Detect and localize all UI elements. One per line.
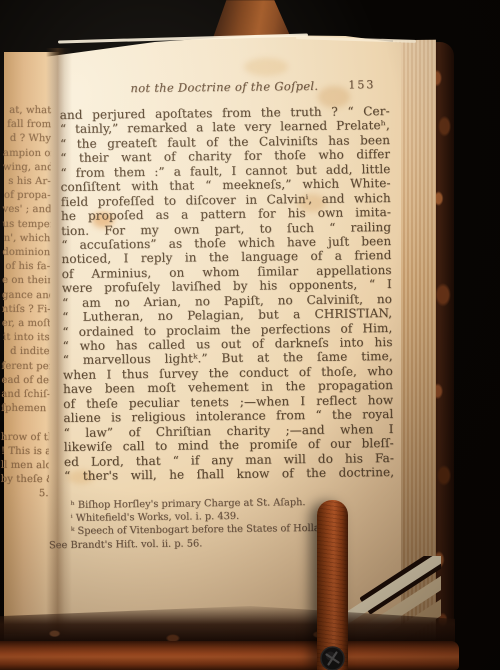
fragment-line: er, a moſt	[2, 317, 50, 332]
fragment-line: gance and	[2, 288, 50, 303]
fragment-line: ! This is a	[1, 445, 49, 460]
fragment-line: of propa-	[3, 189, 51, 204]
book-photo-scene: at, what fall from d ? Why ampion of win…	[0, 0, 500, 670]
fragment-line	[1, 416, 49, 431]
easel-clamp-arm	[317, 500, 348, 670]
fragment-line: d ? Why	[3, 132, 51, 147]
body-text: and perjured apoſtates from the truth ? …	[60, 104, 395, 483]
fragment-line: ferent per-	[2, 359, 50, 374]
fragment-line: n', which	[2, 232, 50, 247]
fragment-line: e on their	[2, 274, 50, 289]
footnotes: ʰ Biſhop Horſley's primary Charge at St.…	[70, 495, 397, 552]
fragment-line: at, what	[3, 104, 51, 119]
easel-ledge	[0, 641, 459, 670]
fragment-line: us temper,	[2, 217, 50, 232]
fragment-line: of his fa-	[2, 260, 50, 275]
fragment-line: ntiſs ? Fi-	[2, 303, 50, 318]
screw-icon	[320, 646, 345, 670]
fragment-line: ves' ; and	[3, 203, 51, 218]
fragment-line: ead of de-	[1, 374, 49, 389]
fragment-line: s his Ar-	[3, 175, 51, 190]
running-title: not the Doctrine of the Goſpel.	[109, 79, 339, 96]
fragment-line: ſphemen ;	[1, 402, 49, 417]
fragment-line: by theſe &c.	[1, 473, 49, 488]
fragment-line: wing, and	[3, 161, 51, 176]
fragment-line: it into its	[2, 331, 50, 346]
recto-page-content: not the Doctrine of the Goſpel. 153 and …	[54, 0, 401, 602]
fragment-line: d indite	[2, 345, 50, 360]
text-line: “ ther's will, he ſhall know of the doct…	[64, 465, 394, 483]
page-number: 153	[348, 78, 375, 91]
fragment-line: and ſchiſ-	[1, 388, 49, 403]
page-header: not the Doctrine of the Goſpel. 153	[59, 78, 389, 98]
fragment-line: fall from	[3, 118, 51, 133]
fragment-line: ampion of	[3, 146, 51, 161]
fragment-line: ll men alon	[1, 459, 49, 474]
left-page-text-fragments: at, what fall from d ? Why ampion of win…	[1, 104, 52, 502]
fragment-line: dominion	[2, 246, 50, 261]
fragment-line: hrow of th	[1, 430, 49, 445]
fragment-line: 5.	[1, 487, 49, 502]
